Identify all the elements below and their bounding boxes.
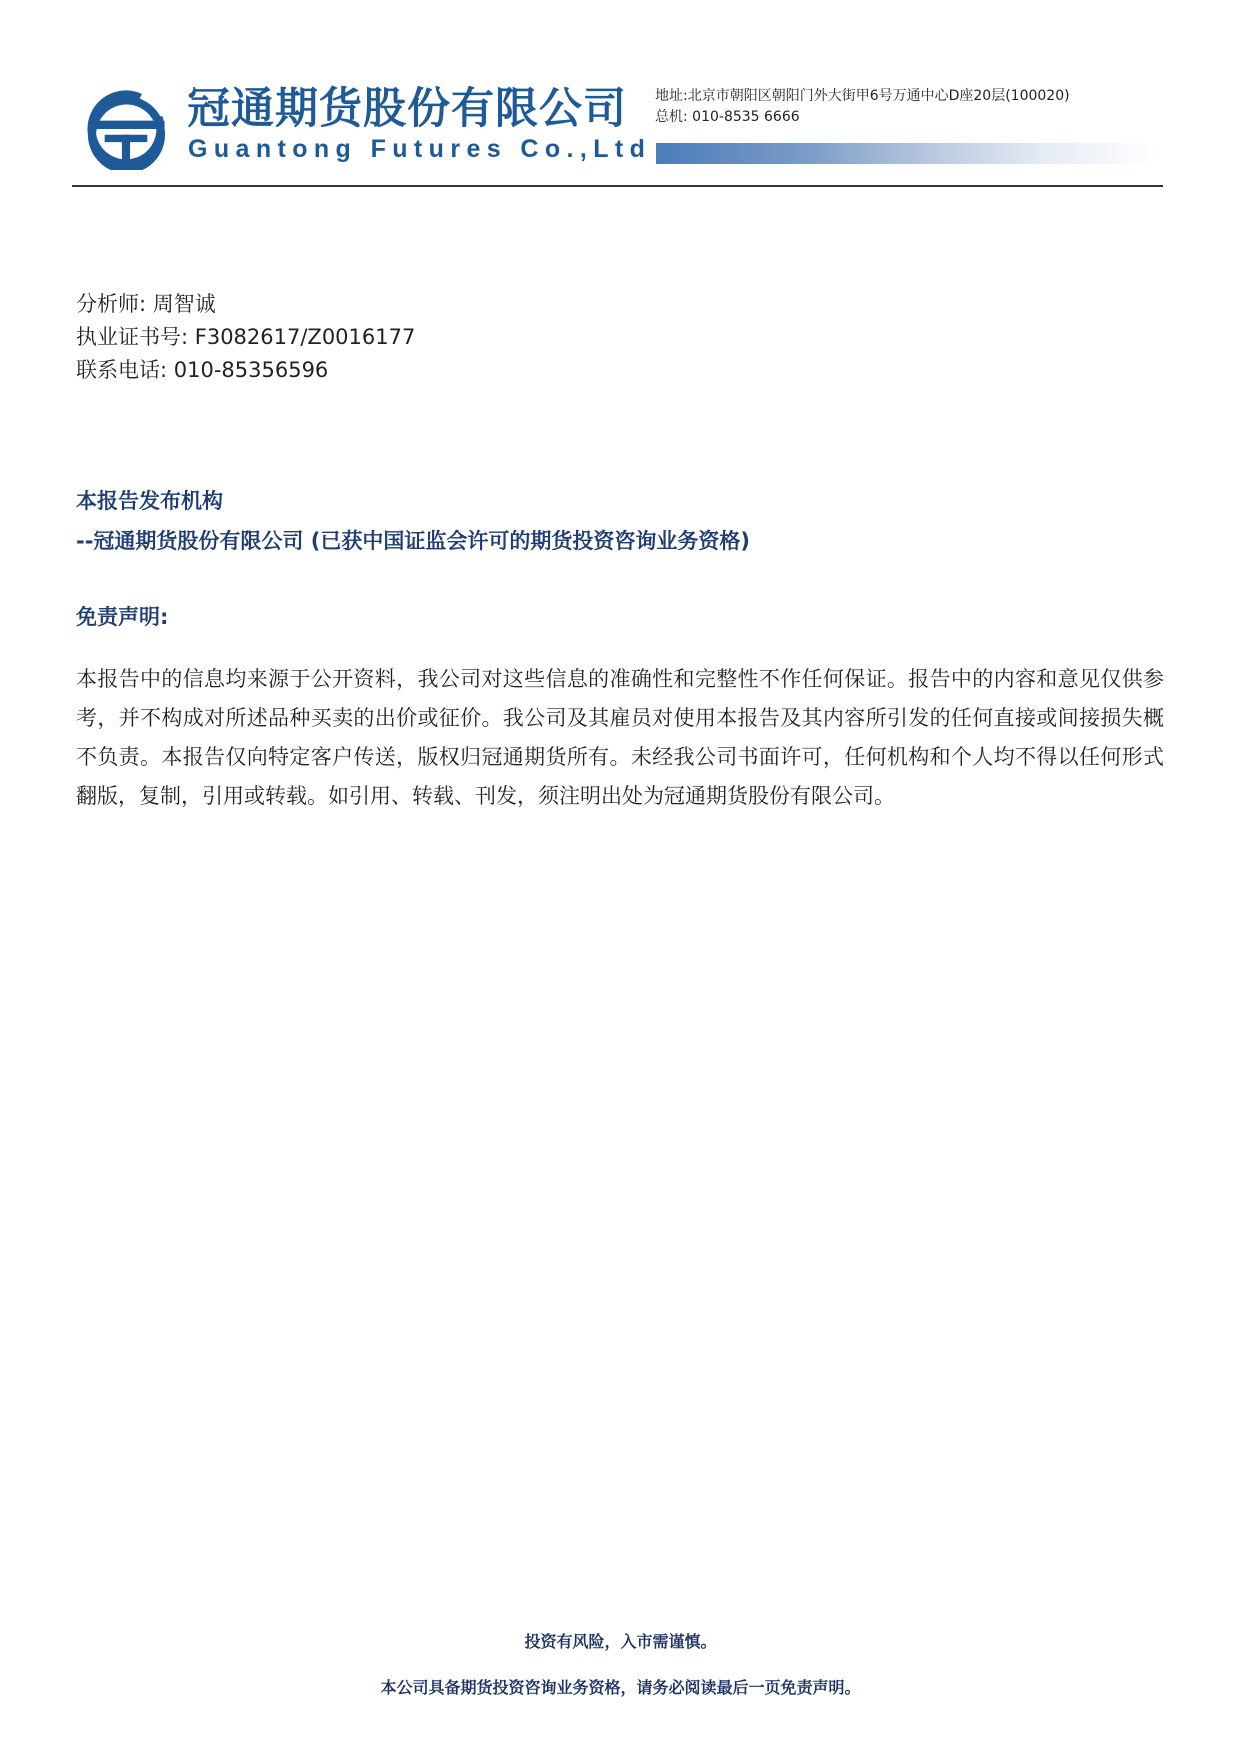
company-name-en: Guantong Futures Co.,Ltd: [188, 137, 651, 162]
address-line: 地址:北京市朝阳区朝阳门外大街甲6号万通中心D座20层(100020): [655, 86, 1070, 107]
disclaimer-heading: 免责声明:: [76, 607, 168, 628]
disclaimer-body: 本报告中的信息均来源于公开资料，我公司对这些信息的准确性和完整性不作任何保证。报…: [76, 660, 1164, 816]
contact-info: 地址:北京市朝阳区朝阳门外大街甲6号万通中心D座20层(100020) 总机: …: [655, 86, 1070, 128]
header-gradient-bar: [656, 143, 1156, 164]
footer-risk-warning: 投资有风险，入市需谨慎。: [0, 1634, 1241, 1650]
publisher-heading: 本报告发布机构: [76, 491, 223, 512]
page-header: 冠通期货股份有限公司 Guantong Futures Co.,Ltd 地址:北…: [0, 0, 1241, 190]
analyst-name: 分析师: 周智诚: [76, 288, 415, 321]
analyst-info: 分析师: 周智诚 执业证书号: F3082617/Z0016177 联系电话: …: [76, 288, 415, 387]
publisher-detail: --冠通期货股份有限公司 (已获中国证监会许可的期货投资咨询业务资格): [76, 531, 750, 552]
company-name-cn: 冠通期货股份有限公司: [187, 88, 627, 131]
switchboard-line: 总机: 010-8535 6666: [655, 107, 1070, 128]
guantong-logo-icon: [85, 88, 167, 170]
analyst-license: 执业证书号: F3082617/Z0016177: [76, 321, 415, 354]
footer-qualification: 本公司具备期货投资咨询业务资格，请务必阅读最后一页免责声明。: [0, 1680, 1241, 1696]
analyst-phone: 联系电话: 010-85356596: [76, 354, 415, 387]
header-divider: [72, 185, 1163, 187]
